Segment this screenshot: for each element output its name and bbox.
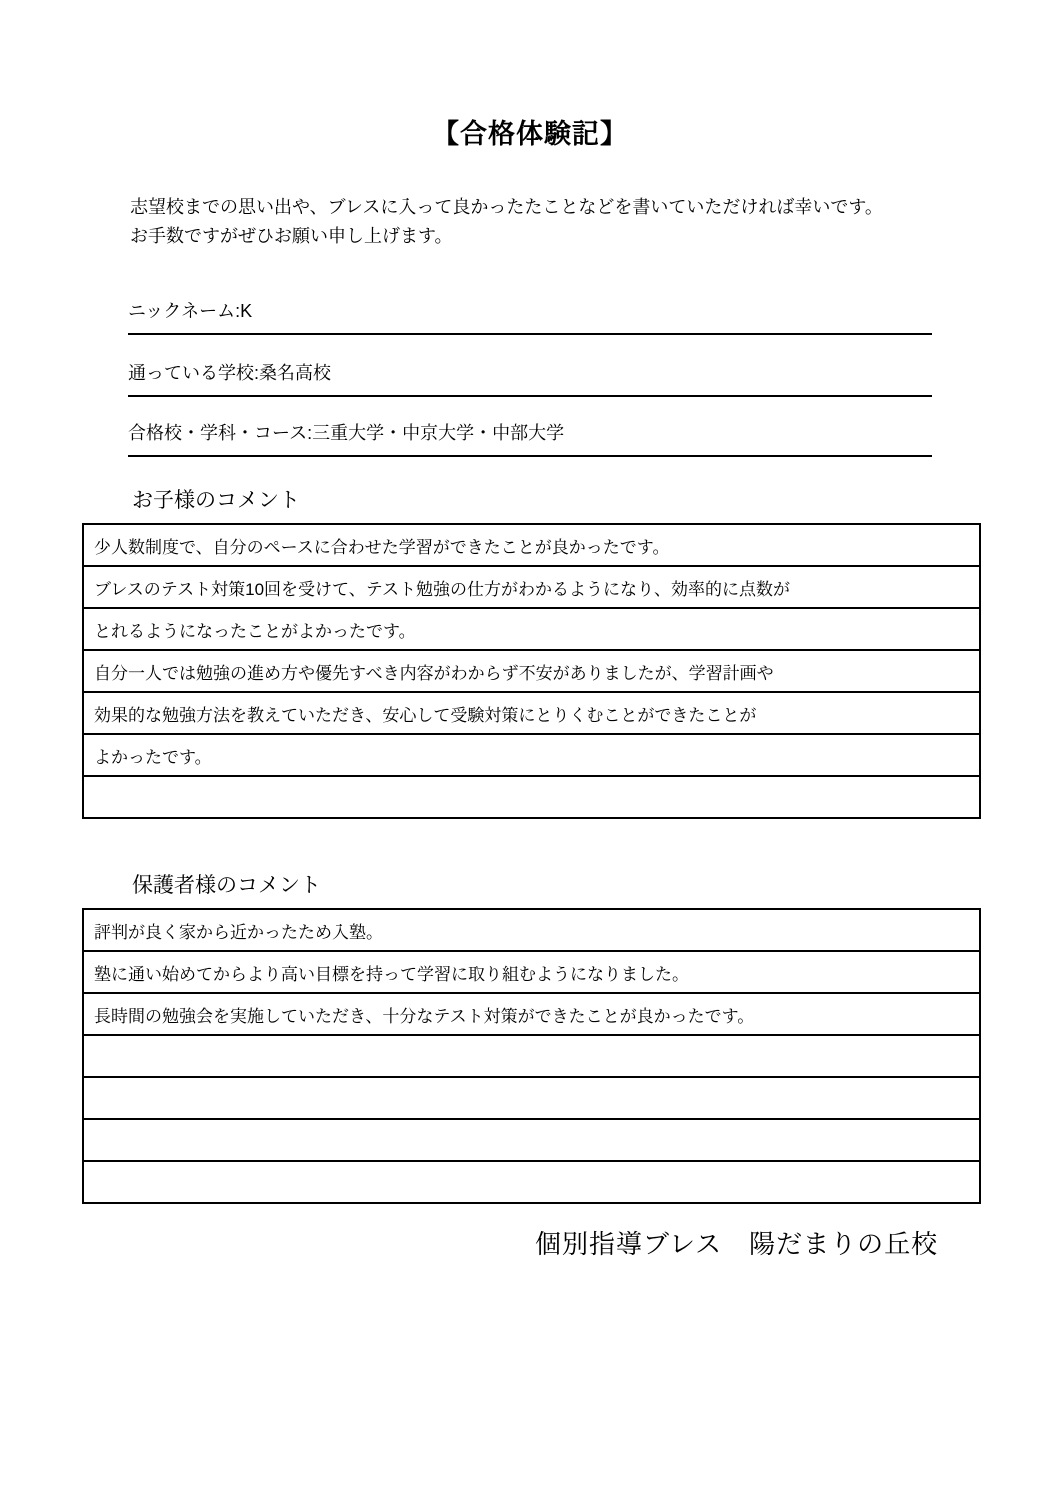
page-title: 【合格体験記】 [0,112,1060,151]
field-accepted-schools: 合格校・学科・コース:三重大学・中京大学・中部大学 [128,421,932,457]
field-label: 通っている学校: [128,363,259,383]
table-row: 自分一人では勉強の進め方や優先すべき内容がわからず不安がありましたが、学習計画や [84,651,979,693]
table-row [84,1078,979,1120]
intro-line-1: 志望校までの思い出や、ブレスに入って良かったたことなどを書いていただければ幸いで… [130,193,940,222]
field-school: 通っている学校:桑名高校 [128,361,932,397]
table-row: 少人数制度で、自分のペースに合わせた学習ができたことが良かったです。 [84,525,979,567]
table-row: ブレスのテスト対策10回を受けて、テスト勉強の仕方がわかるようになり、効率的に点… [84,567,979,609]
intro-line-2: お手数ですがぜひお願い申し上げます。 [130,222,940,251]
table-row [84,1162,979,1202]
field-label: 合格校・学科・コース: [128,423,312,443]
table-row: とれるようになったことがよかったです。 [84,609,979,651]
table-row [84,1036,979,1078]
table-row [84,1120,979,1162]
document-page: 【合格体験記】 志望校までの思い出や、ブレスに入って良かったたことなどを書いてい… [0,0,1060,1497]
intro-text: 志望校までの思い出や、ブレスに入って良かったたことなどを書いていただければ幸いで… [130,193,940,251]
table-row: よかったです。 [84,735,979,777]
section-heading-child-comments: お子様のコメント [132,484,300,514]
field-label: ニックネーム: [128,301,240,321]
field-value: 三重大学・中京大学・中部大学 [312,423,564,443]
child-comments-table: 少人数制度で、自分のペースに合わせた学習ができたことが良かったです。 ブレスのテ… [82,523,981,819]
table-row: 効果的な勉強方法を教えていただき、安心して受験対策にとりくむことができたことが [84,693,979,735]
footer-school-name: 個別指導ブレス 陽だまりの丘校 [535,1224,938,1261]
field-value: 桑名高校 [259,363,331,383]
table-row: 評判が良く家から近かったため入塾。 [84,910,979,952]
field-value: K [240,301,252,321]
section-heading-parent-comments: 保護者様のコメント [132,869,321,899]
table-row: 塾に通い始めてからより高い目標を持って学習に取り組むようになりました。 [84,952,979,994]
parent-comments-table: 評判が良く家から近かったため入塾。 塾に通い始めてからより高い目標を持って学習に… [82,908,981,1204]
table-row: 長時間の勉強会を実施していただき、十分なテスト対策ができたことが良かったです。 [84,994,979,1036]
table-row [84,777,979,817]
field-nickname: ニックネーム:K [128,299,932,335]
